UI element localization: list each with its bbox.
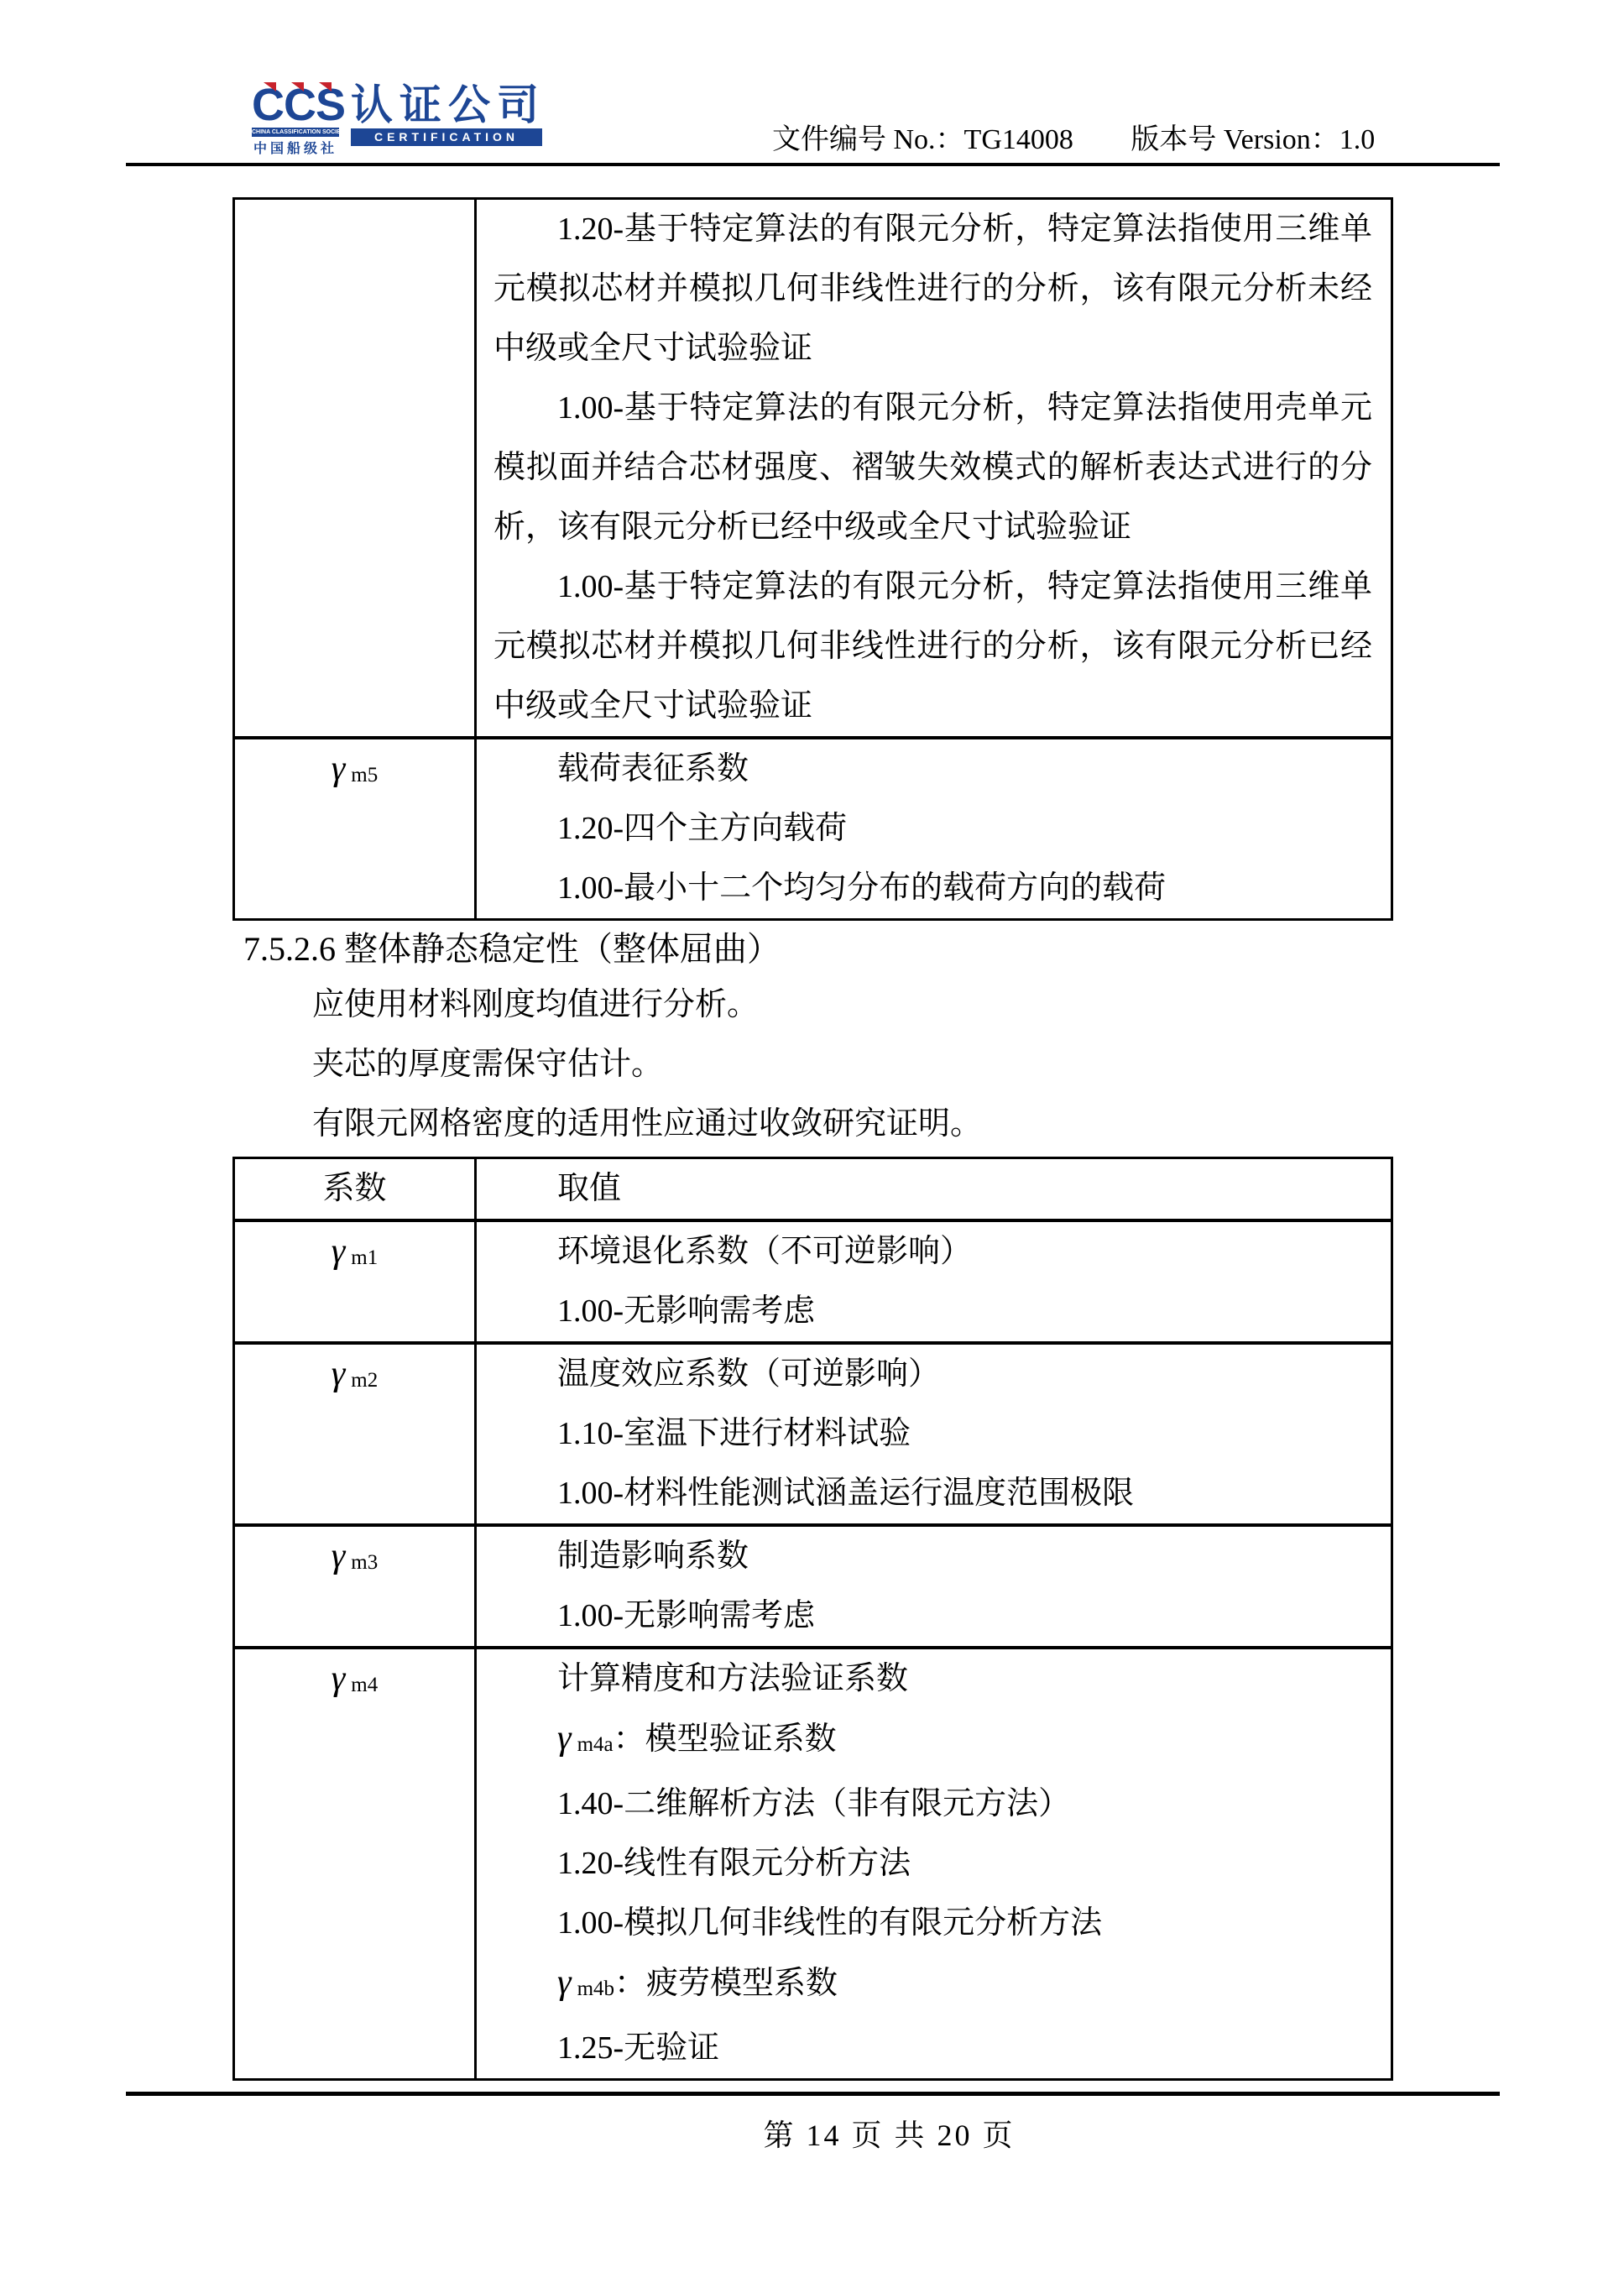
ccs-logo-text: CCS: [252, 84, 339, 126]
table-cell-line: 温度效应系数（可逆影响）: [493, 1345, 1372, 1404]
column-header: 系数: [322, 1171, 386, 1206]
table-cell-symbol: γm5: [235, 739, 477, 918]
society-cn-label: 中国船级社: [252, 138, 339, 157]
table-cell-line: 1.10-室温下进行材料试验: [493, 1404, 1372, 1464]
document-number: 文件编号 No.：TG14008: [772, 124, 1073, 155]
section-heading: 7.5.2.6 整体静态稳定性（整体屈曲）: [243, 928, 781, 970]
header-divider: [126, 163, 1500, 166]
table-row: γm4 计算精度和方法验证系数 γm4a：模型验证系数 1.40-二维解析方法（…: [235, 1646, 1391, 2078]
table-row: γm2 温度效应系数（可逆影响） 1.10-室温下进行材料试验 1.00-材料性…: [235, 1341, 1391, 1523]
gamma-m5-label: γm5: [332, 752, 379, 787]
gamma-subscript: m4: [351, 1674, 378, 1696]
gamma-subscript: m4a: [577, 1733, 614, 1756]
gamma-symbol: γ: [557, 1963, 572, 2002]
table-cell-line: 计算精度和方法验证系数: [493, 1649, 1372, 1709]
table-cell-values: 计算精度和方法验证系数 γm4a：模型验证系数 1.40-二维解析方法（非有限元…: [477, 1649, 1391, 2078]
table-cell-values: 载荷表征系数 1.20-四个主方向载荷 1.00-最小十二个均匀分布的载荷方向的…: [477, 739, 1391, 918]
table-cell-empty: [235, 200, 477, 736]
gamma-symbol: γ: [332, 1232, 346, 1271]
factor-table-continued: 1.20-基于特定算法的有限元分析，特定算法指使用三维单元模拟芯材并模拟几何非线…: [232, 197, 1393, 921]
table-cell-symbol: γm2: [235, 1345, 477, 1523]
sub-factor-text: ：疲劳模型系数: [614, 1966, 838, 2001]
table-row: γm1 环境退化系数（不可逆影响） 1.00-无影响需考虑: [235, 1219, 1391, 1341]
table-cell-line: 1.00-无影响需考虑: [493, 1586, 1372, 1646]
table-cell-line: 1.25-无验证: [493, 2019, 1372, 2078]
table-row: γm5 载荷表征系数 1.20-四个主方向载荷 1.00-最小十二个均匀分布的载…: [235, 736, 1391, 918]
table-cell-values: 制造影响系数 1.00-无影响需考虑: [477, 1527, 1391, 1646]
table-cell-line: 1.00-基于特定算法的有限元分析，特定算法指使用三维单元模拟芯材并模拟几何非线…: [493, 557, 1372, 736]
gamma-m1-label: γm1: [332, 1235, 379, 1270]
certification-banner: CERTIFICATION: [351, 128, 542, 146]
table-cell-values: 环境退化系数（不可逆影响） 1.00-无影响需考虑: [477, 1222, 1391, 1341]
gamma-symbol: γ: [332, 1355, 346, 1393]
table-cell-line: 环境退化系数（不可逆影响）: [493, 1222, 1372, 1282]
gamma-subscript: m5: [351, 764, 378, 786]
table-cell-line: 载荷表征系数: [493, 739, 1372, 799]
gamma-symbol: γ: [332, 750, 346, 788]
table-header-cell-value: 取值: [477, 1159, 1391, 1219]
document-meta: 文件编号 No.：TG14008 版本号 Version：1.0: [772, 116, 1375, 157]
table-cell-line: 1.00-基于特定算法的有限元分析，特定算法指使用壳单元模拟面并结合芯材强度、褶…: [493, 379, 1372, 557]
gamma-m3-label: γm3: [332, 1539, 379, 1575]
table-header-row: 系数 取值: [235, 1159, 1391, 1219]
table-cell-line: 1.00-最小十二个均匀分布的载荷方向的载荷: [493, 859, 1372, 918]
table-cell-symbol: γm4: [235, 1649, 477, 2078]
gamma-subscript: m4b: [577, 1978, 614, 2000]
ccs-logo-left: CCS CHINA CLASSIFICATION SOCIETY 中国船级社: [252, 84, 339, 157]
table-cell-line: 1.20-四个主方向载荷: [493, 799, 1372, 859]
column-header: 取值: [493, 1159, 1372, 1219]
table-cell-line: γm4a：模型验证系数: [493, 1709, 1372, 1774]
table-cell-line: 1.20-基于特定算法的有限元分析，特定算法指使用三维单元模拟芯材并模拟几何非线…: [493, 200, 1372, 379]
society-en-banner: CHINA CLASSIFICATION SOCIETY: [252, 128, 339, 137]
table-row: 1.20-基于特定算法的有限元分析，特定算法指使用三维单元模拟芯材并模拟几何非线…: [235, 200, 1391, 736]
document-page: CCS CHINA CLASSIFICATION SOCIETY 中国船级社 认…: [0, 0, 1624, 2278]
paragraph: 有限元网格密度的适用性应通过收敛研究证明。: [243, 1095, 982, 1154]
table-cell-line: 1.20-线性有限元分析方法: [493, 1834, 1372, 1894]
gamma-m4-label: γm4: [332, 1662, 379, 1697]
table-header-cell-coefficient: 系数: [235, 1159, 477, 1219]
gamma-symbol: γ: [557, 1719, 572, 1758]
document-version: 版本号 Version：1.0: [1131, 124, 1375, 155]
table-cell-line: 1.00-材料性能测试涵盖运行温度范围极限: [493, 1464, 1372, 1523]
gamma-symbol: γ: [332, 1659, 346, 1698]
paragraph: 夹芯的厚度需保守估计。: [243, 1035, 982, 1095]
table-cell-line: 1.40-二维解析方法（非有限元方法）: [493, 1774, 1372, 1834]
table-cell-line: 1.00-无影响需考虑: [493, 1282, 1372, 1341]
gamma-m2-label: γm2: [332, 1357, 379, 1392]
footer-divider: [126, 2092, 1500, 2096]
paragraph: 应使用材料刚度均值进行分析。: [243, 975, 982, 1035]
table-cell-line: γm4b：疲劳模型系数: [493, 1953, 1372, 2019]
table-cell-symbol: γm1: [235, 1222, 477, 1341]
gamma-subscript: m3: [351, 1551, 378, 1574]
gamma-subscript: m1: [351, 1246, 378, 1269]
table-cell-line: 制造影响系数: [493, 1527, 1372, 1586]
gamma-subscript: m2: [351, 1369, 378, 1392]
table-cell-values: 温度效应系数（可逆影响） 1.10-室温下进行材料试验 1.00-材料性能测试涵…: [477, 1345, 1391, 1523]
table-cell-symbol: γm3: [235, 1527, 477, 1646]
table-cell-values: 1.20-基于特定算法的有限元分析，特定算法指使用三维单元模拟芯材并模拟几何非线…: [477, 200, 1391, 736]
coefficient-table: 系数 取值 γm1 环境退化系数（不可逆影响） 1.00-无影响需考虑 γm2 …: [232, 1157, 1393, 2081]
table-row: γm3 制造影响系数 1.00-无影响需考虑: [235, 1523, 1391, 1646]
section-paragraphs: 应使用材料刚度均值进行分析。 夹芯的厚度需保守估计。 有限元网格密度的适用性应通…: [243, 975, 982, 1154]
company-cn-label: 认证公司: [351, 84, 546, 126]
page-number: 第 14 页 共 20 页: [232, 2112, 1546, 2155]
sub-factor-text: ：模型验证系数: [614, 1722, 837, 1757]
table-cell-line: 1.00-模拟几何非线性的有限元分析方法: [493, 1894, 1372, 1953]
ccs-logo: CCS CHINA CLASSIFICATION SOCIETY 中国船级社 认…: [252, 84, 546, 157]
gamma-symbol: γ: [332, 1537, 346, 1575]
ccs-logo-right: 认证公司 CERTIFICATION: [351, 84, 546, 157]
